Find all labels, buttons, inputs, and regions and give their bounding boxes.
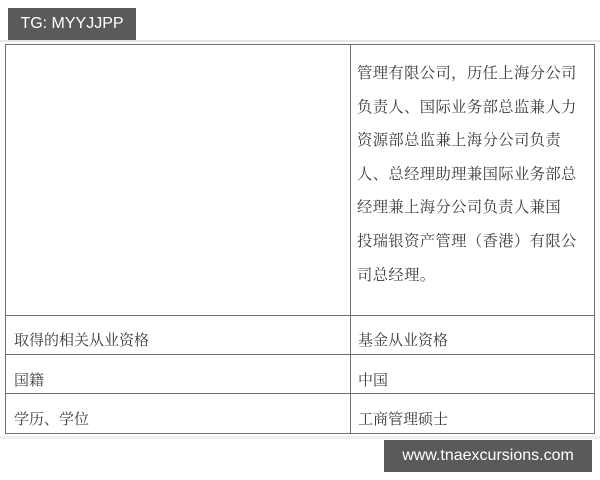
row-divider — [6, 315, 594, 316]
career-line: 资源部总监兼上海分公司负责 — [357, 124, 589, 158]
education-label: 学历、学位 — [14, 408, 89, 429]
career-line: 投瑞银资产管理（香港）有限公 — [357, 225, 589, 259]
career-line: 司总经理。 — [357, 259, 589, 293]
tg-tag-label: TG: MYYJJPP — [8, 8, 136, 40]
career-line: 人、总经理助理兼国际业务部总 — [357, 158, 589, 192]
qualification-label: 取得的相关从业资格 — [14, 329, 149, 350]
column-divider — [350, 45, 351, 433]
top-divider — [0, 40, 600, 42]
bottom-divider — [0, 436, 600, 439]
career-line: 负责人、国际业务部总监兼人力 — [357, 91, 589, 125]
nationality-label: 国籍 — [14, 369, 44, 390]
career-history-cell: 管理有限公司，历任上海分公司 负责人、国际业务部总监兼人力 资源部总监兼上海分公… — [357, 57, 589, 292]
nationality-value: 中国 — [358, 369, 388, 390]
row-divider — [6, 354, 594, 355]
career-line: 管理有限公司，历任上海分公司 — [357, 57, 589, 91]
education-value: 工商管理硕士 — [358, 408, 448, 429]
website-watermark: www.tnaexcursions.com — [384, 440, 592, 472]
profile-table: 管理有限公司，历任上海分公司 负责人、国际业务部总监兼人力 资源部总监兼上海分公… — [5, 44, 595, 434]
qualification-value: 基金从业资格 — [358, 329, 448, 350]
row-divider — [6, 393, 594, 394]
career-line: 经理兼上海分公司负责人兼国 — [357, 191, 589, 225]
